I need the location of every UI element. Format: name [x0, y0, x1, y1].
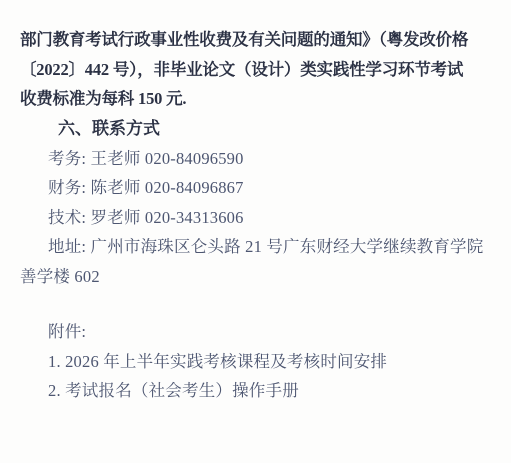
- address-line-1: 地址: 广州市海珠区仑头路 21 号广东财经大学继续教育学院: [20, 232, 495, 262]
- contact-line-finance: 财务: 陈老师 020-84096867: [20, 173, 495, 203]
- paragraph-line-1: 部门教育考试行政事业性收费及有关问题的通知》（粤发改价格: [20, 25, 495, 55]
- scanned-notice-page: 部门教育考试行政事业性收费及有关问题的通知》（粤发改价格 〔2022〕442 号…: [0, 0, 511, 463]
- attachments-block: 附件: 1. 2026 年上半年实践考核课程及考核时间安排 2. 考试报名（社会…: [20, 317, 495, 406]
- address-line-2: 善学楼 602: [20, 262, 495, 292]
- contact-section-heading: 六、联系方式: [20, 114, 495, 144]
- contact-line-examination: 考务: 王老师 020-84096590: [20, 144, 495, 174]
- fee-notice-paragraph: 部门教育考试行政事业性收费及有关问题的通知》（粤发改价格 〔2022〕442 号…: [20, 25, 495, 114]
- contact-list: 考务: 王老师 020-84096590 财务: 陈老师 020-8409686…: [20, 144, 495, 233]
- attachments-label: 附件:: [20, 317, 495, 347]
- paragraph-line-2: 〔2022〕442 号），非毕业论文（设计）类实践性学习环节考试: [20, 55, 495, 85]
- address-block: 地址: 广州市海珠区仑头路 21 号广东财经大学继续教育学院 善学楼 602: [20, 232, 495, 291]
- attachment-item-2: 2. 考试报名（社会考生）操作手册: [20, 376, 495, 406]
- contact-line-technical: 技术: 罗老师 020-34313606: [20, 203, 495, 233]
- paragraph-line-3: 收费标准为每科 150 元.: [20, 84, 495, 114]
- attachment-item-1: 1. 2026 年上半年实践考核课程及考核时间安排: [20, 347, 495, 377]
